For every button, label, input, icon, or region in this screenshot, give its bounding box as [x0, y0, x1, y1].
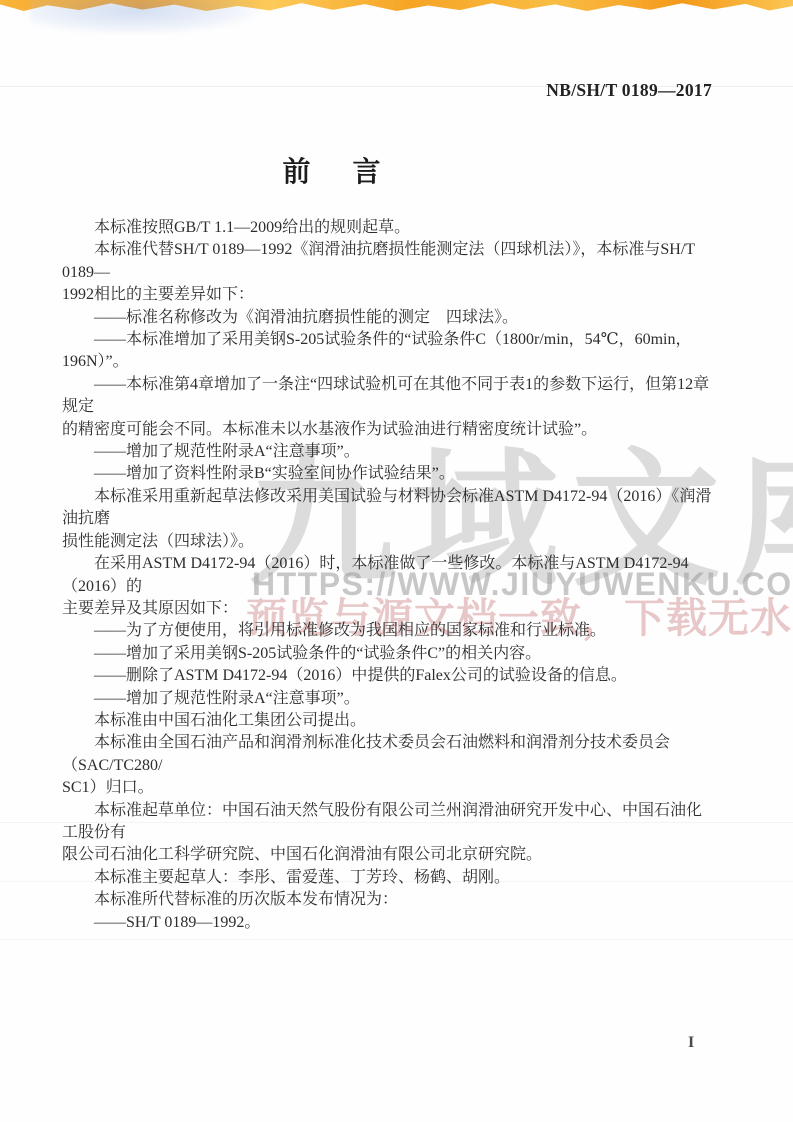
text-line: ——增加了规范性附录A“注意事项”。 — [62, 688, 714, 710]
text-line: 损性能测定法（四球法）》。 — [62, 531, 714, 553]
text-line: 1992相比的主要差异如下： — [62, 284, 714, 306]
text-line: ——SH/T 0189—1992。 — [62, 912, 714, 934]
scan-line-artifact — [0, 939, 793, 940]
page-title-foreword: 前 言 — [0, 150, 670, 190]
text-line: ——增加了规范性附录A“注意事项”。 — [62, 441, 714, 463]
text-line: 本标准按照GB/T 1.1—2009给出的规则起草。 — [62, 217, 714, 239]
text-line: ——本标准第4章增加了一条注“四球试验机可在其他不同于表1的参数下运行，但第12… — [62, 374, 714, 419]
text-line: 的精密度可能会不同。本标准未以水基液作为试验油进行精密度统计试验”。 — [62, 419, 714, 441]
text-line: SC1）归口。 — [62, 777, 714, 799]
text-line: 本标准由全国石油产品和润滑剂标准化技术委员会石油燃料和润滑剂分技术委员会（SAC… — [62, 732, 714, 777]
standard-code-header: NB/SH/T 0189—2017 — [546, 80, 712, 101]
text-line: ——本标准增加了采用美钢S-205试验条件的“试验条件C（1800r/min，5… — [62, 329, 714, 374]
text-line: 在采用ASTM D4172-94（2016）时，本标准做了一些修改。本标准与AS… — [62, 553, 714, 598]
text-line: ——标准名称修改为《润滑油抗磨损性能的测定 四球法》。 — [62, 307, 714, 329]
text-line: 本标准采用重新起草法修改采用美国试验与材料协会标准ASTM D4172-94（2… — [62, 486, 714, 531]
text-line: 本标准起草单位：中国石油天然气股份有限公司兰州润滑油研究开发中心、中国石油化工股… — [62, 800, 714, 845]
text-line: ——删除了ASTM D4172-94（2016）中提供的Falex公司的试验设备… — [62, 665, 714, 687]
text-line: ——增加了资料性附录B“实验室间协作试验结果”。 — [62, 463, 714, 485]
text-line: ——增加了采用美钢S-205试验条件的“试验条件C”的相关内容。 — [62, 643, 714, 665]
text-line: 本标准代替SH/T 0189—1992《润滑油抗磨损性能测定法（四球机法）》，本… — [62, 239, 714, 284]
text-line: 本标准所代替标准的历次版本发布情况为： — [62, 889, 714, 911]
text-line: ——为了方便使用，将引用标准修改为我国相应的国家标准和行业标准。 — [62, 620, 714, 642]
text-line: 主要差异及其原因如下： — [62, 598, 714, 620]
body-text: 本标准按照GB/T 1.1—2009给出的规则起草。本标准代替SH/T 0189… — [62, 217, 714, 934]
text-line: 本标准由中国石油化工集团公司提出。 — [62, 710, 714, 732]
scan-smudge-artifact — [30, 0, 260, 34]
text-line: 限公司石油化工科学研究院、中国石化润滑油有限公司北京研究院。 — [62, 844, 714, 866]
page-number: I — [688, 1034, 694, 1052]
text-line: 本标准主要起草人：李彤、雷爱莲、丁芳玲、杨鹤、胡刚。 — [62, 867, 714, 889]
document-page: 九域文库 HTTPS://WWW.JIUYUWENKU.COM 预览与源文档一致… — [0, 0, 793, 1122]
